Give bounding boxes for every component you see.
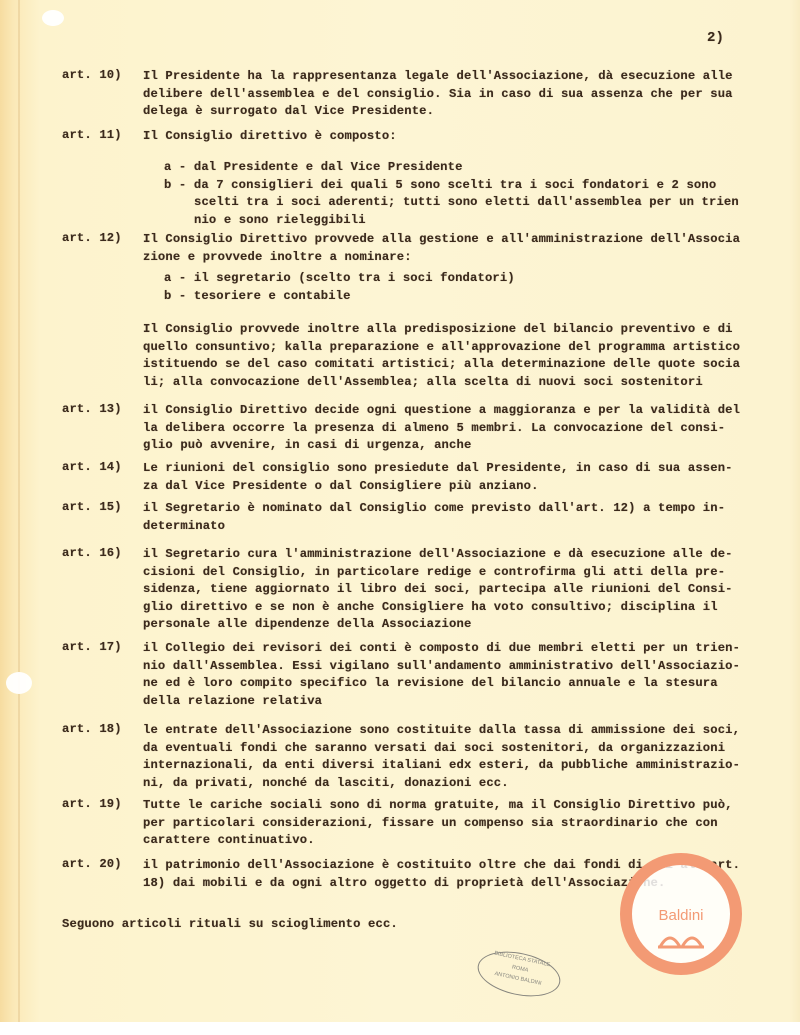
- closing-note: Seguono articoli rituali su scioglimento…: [62, 917, 398, 931]
- article-body: il Segretario cura l'amministrazione del…: [143, 546, 800, 634]
- paper-fold: [18, 0, 20, 1022]
- sub-item-list: a - il segretario (scelto tra i soci fon…: [164, 270, 515, 305]
- sub-item: a - dal Presidente e dal Vice Presidente: [164, 159, 739, 177]
- text-line: determinato: [143, 518, 800, 536]
- text-line: Il Consiglio provvede inoltre alla predi…: [143, 321, 740, 339]
- text-line: il Collegio dei revisori dei conti è com…: [143, 640, 800, 658]
- article-number: art. 11): [62, 128, 137, 142]
- sub-item: b - tesoriere e contabile: [164, 288, 515, 306]
- text-line: glio direttivo e se non è anche Consigli…: [143, 599, 800, 617]
- library-stamp: BIBLIOTECA STATALE ROMA ANTONIO BALDINI: [474, 945, 565, 1004]
- sub-item: a - il segretario (scelto tra i soci fon…: [164, 270, 515, 288]
- article-number: art. 18): [62, 722, 137, 736]
- article-number: art. 12): [62, 231, 137, 245]
- text-line: za dal Vice Presidente o dal Consigliere…: [143, 478, 800, 496]
- text-line: personale alle dipendenze della Associaz…: [143, 616, 800, 634]
- text-line: il Segretario è nominato dal Consiglio c…: [143, 500, 800, 518]
- text-line: glio può avvenire, in casi di urgenza, a…: [143, 437, 800, 455]
- article-body: Tutte le cariche sociali sono di norma g…: [143, 797, 800, 850]
- book-arch-icon: [658, 927, 704, 949]
- text-line: li; alla convocazione dell'Assemblea; al…: [143, 374, 740, 392]
- text-line: il Consiglio Direttivo decide ogni quest…: [143, 402, 800, 420]
- text-line: per particolari considerazioni, fissare …: [143, 815, 800, 833]
- text-line: delibere dell'assemblea e del consiglio.…: [143, 86, 800, 104]
- article-number: art. 16): [62, 546, 137, 560]
- article-body: Il Consiglio Direttivo provvede alla ges…: [143, 231, 800, 266]
- text-line: sidenza, tiene aggiornato il libro dei s…: [143, 581, 800, 599]
- text-line: Le riunioni del consiglio sono presiedut…: [143, 460, 800, 478]
- paper-stain: [42, 10, 64, 26]
- sub-item: nio e sono rieleggibili: [164, 212, 739, 230]
- text-line: carattere continuativo.: [143, 832, 800, 850]
- text-line: ni, da privati, nonché da lasciti, donaz…: [143, 775, 800, 793]
- paper-hole: [6, 672, 32, 694]
- text-line: nio dall'Assemblea. Essi vigilano sull'a…: [143, 658, 800, 676]
- text-line: zione e provvede inoltre a nominare:: [143, 249, 800, 267]
- text-line: della relazione relativa: [143, 693, 800, 711]
- article-body: Le riunioni del consiglio sono presiedut…: [143, 460, 800, 495]
- article-number: art. 13): [62, 402, 137, 416]
- article-body: il Collegio dei revisori dei conti è com…: [143, 640, 800, 710]
- article-number: art. 15): [62, 500, 137, 514]
- text-line: la delibera occorre la presenza di almen…: [143, 420, 800, 438]
- text-line: le entrate dell'Associazione sono costit…: [143, 722, 800, 740]
- article-number: art. 10): [62, 68, 137, 82]
- text-line: Il Consiglio direttivo è composto:: [143, 128, 800, 146]
- sub-item: b - da 7 consiglieri dei quali 5 sono sc…: [164, 177, 739, 195]
- article-number: art. 19): [62, 797, 137, 811]
- sub-item-list: a - dal Presidente e dal Vice Presidente…: [164, 159, 739, 229]
- document-page: 2) art. 10)Il Presidente ha la rappresen…: [0, 0, 800, 1022]
- article-body: Il Consiglio direttivo è composto:: [143, 128, 800, 146]
- article-body: Il Presidente ha la rappresentanza legal…: [143, 68, 800, 121]
- text-line: il Segretario cura l'amministrazione del…: [143, 546, 800, 564]
- text-line: Il Consiglio Direttivo provvede alla ges…: [143, 231, 800, 249]
- text-line: Il Presidente ha la rappresentanza legal…: [143, 68, 800, 86]
- article-paragraph: Il Consiglio provvede inoltre alla predi…: [143, 321, 740, 391]
- article-body: le entrate dell'Associazione sono costit…: [143, 722, 800, 792]
- article-number: art. 17): [62, 640, 137, 654]
- sub-item: scelti tra i soci aderenti; tutti sono e…: [164, 194, 739, 212]
- text-line: internazionali, da enti diversi italiani…: [143, 757, 800, 775]
- text-line: istituendo se del caso comitati artistic…: [143, 356, 740, 374]
- text-line: cisioni del Consiglio, in particolare re…: [143, 564, 800, 582]
- article-body: il Consiglio Direttivo decide ogni quest…: [143, 402, 800, 455]
- watermark-text: Baldini: [632, 907, 730, 924]
- baldini-watermark-logo: Baldini: [620, 853, 742, 975]
- text-line: ne ed è loro compito specifico la revisi…: [143, 675, 800, 693]
- article-body: il Segretario è nominato dal Consiglio c…: [143, 500, 800, 535]
- text-line: da eventuali fondi che saranno versati d…: [143, 740, 800, 758]
- page-number: 2): [707, 30, 724, 46]
- article-number: art. 14): [62, 460, 137, 474]
- text-line: Tutte le cariche sociali sono di norma g…: [143, 797, 800, 815]
- article-number: art. 20): [62, 857, 137, 871]
- text-line: quello consuntivo; kalla preparazione e …: [143, 339, 740, 357]
- text-line: delega è surrogato dal Vice Presidente.: [143, 103, 800, 121]
